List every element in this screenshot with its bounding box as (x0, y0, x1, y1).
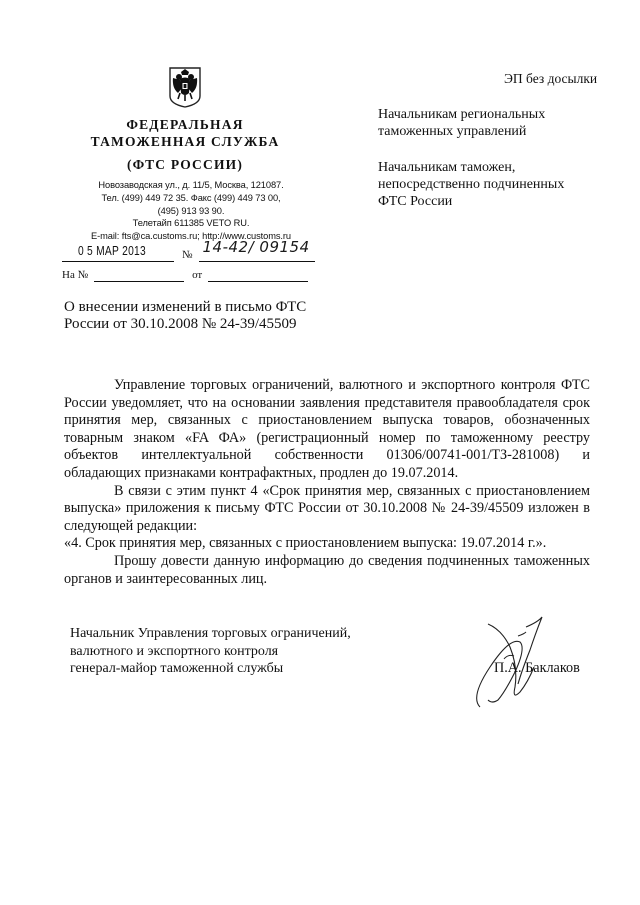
org-name-abbreviation: (ФТС РОССИИ) (80, 156, 290, 173)
org-name-line2: ТАМОЖЕННАЯ СЛУЖБА (80, 133, 290, 150)
signatory-name: П.А. Баклаков (494, 660, 580, 677)
registration-block: 0 5 МАР 2013 № 14-42/ 09154 На № от (62, 242, 332, 282)
organization-name: ФЕДЕРАЛЬНАЯ ТАМОЖЕННАЯ СЛУЖБА (ФТС РОССИ… (80, 116, 290, 173)
letter-subject: О внесении изменений в письмо ФТС России… (64, 299, 334, 333)
body-paragraph-3: «4. Срок принятия мер, связанных с приос… (64, 535, 590, 553)
body-paragraph-1: Управление торговых ограничений, валютно… (64, 377, 590, 483)
registration-row-reply: На № от (62, 262, 332, 282)
phone-secondary: (495) 913 93 90. (62, 205, 320, 218)
org-name-line1: ФЕДЕРАЛЬНАЯ (80, 116, 290, 133)
handwritten-number: 14-42/ 09154 (203, 238, 310, 256)
letter-body: Управление торговых ограничений, валютно… (64, 377, 590, 588)
addressee-customs: Начальникам таможен, непосредственно под… (378, 159, 618, 210)
address: Новозаводская ул., д. 11/5, Москва, 1210… (62, 179, 320, 192)
date-field: 0 5 МАР 2013 (62, 244, 174, 262)
reply-to-field (94, 264, 184, 282)
from-field (208, 264, 308, 282)
signatory-title: Начальник Управления торговых ограничени… (70, 625, 400, 678)
number-field: 14-42/ 09154 (199, 244, 315, 262)
body-paragraph-4: Прошу довести данную информацию до сведе… (64, 553, 590, 588)
phone-fax: Тел. (499) 449 72 35. Факс (499) 449 73 … (62, 192, 320, 205)
russian-coat-of-arms-icon (168, 66, 202, 108)
reply-to-label: На № (62, 269, 88, 281)
addressee-regional: Начальникам региональных таможенных упра… (378, 106, 618, 140)
subject-line2: России от 30.10.2008 № 24-39/45509 (64, 316, 334, 333)
date-stamp: 0 5 МАР 2013 (78, 244, 146, 258)
header-note: ЭП без досылки (504, 71, 597, 87)
body-paragraph-2: В связи с этим пункт 4 «Срок принятия ме… (64, 483, 590, 536)
registration-row-outgoing: 0 5 МАР 2013 № 14-42/ 09154 (62, 242, 332, 262)
from-label: от (192, 269, 202, 281)
subject-line1: О внесении изменений в письмо ФТС (64, 299, 334, 316)
contact-block: Новозаводская ул., д. 11/5, Москва, 1210… (62, 179, 320, 243)
number-label: № (182, 249, 193, 261)
teletype: Телетайп 611385 VETO RU. (62, 217, 320, 230)
